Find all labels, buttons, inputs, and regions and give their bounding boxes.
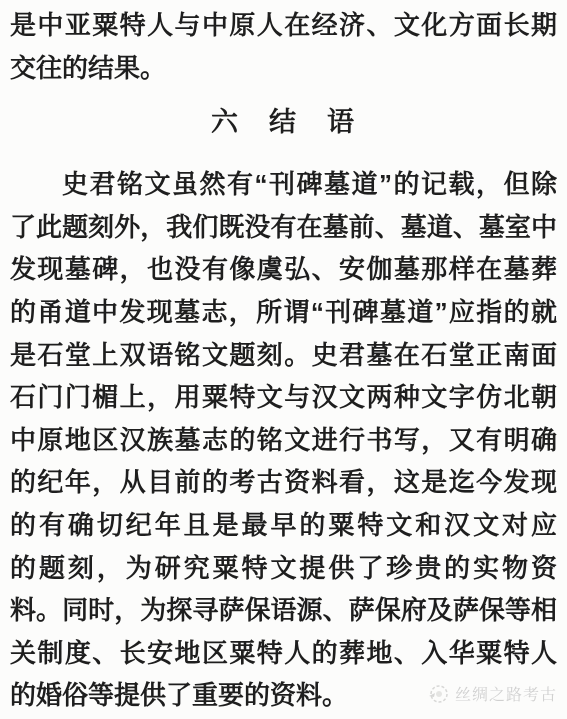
text-line: 的题刻，为研究粟特文提供了珍贵的实物资 xyxy=(10,547,557,590)
body-paragraph: 史君铭文虽然有“刊碑墓道”的记载，但除了此题刻外，我们既没有在墓前、墓道、墓室中… xyxy=(10,163,557,717)
text-line: 的甬道中发现墓志，所谓“刊碑墓道”应指的就 xyxy=(10,291,557,334)
section-heading: 六 结 语 xyxy=(10,101,557,144)
watermark-logo-icon xyxy=(427,683,449,705)
text-line: 是中亚粟特人与中原人在经济、文化方面长期 xyxy=(10,4,557,47)
text-line: 是石堂上双语铭文题刻。史君墓在石堂正南面 xyxy=(10,334,557,377)
intro-paragraph: 是中亚粟特人与中原人在经济、文化方面长期交往的结果。 xyxy=(10,4,557,89)
text-line: 石门门楣上，用粟特文与汉文两种文字仿北朝 xyxy=(10,376,557,419)
text-line: 史君铭文虽然有“刊碑墓道”的记载，但除 xyxy=(10,163,557,206)
text-line: 的有确切纪年且是最早的粟特文和汉文对应 xyxy=(10,504,557,547)
watermark-text: 丝绸之路考古 xyxy=(455,682,557,705)
text-line: 中原地区汉族墓志的铭文进行书写，又有明确 xyxy=(10,419,557,462)
text-line: 的纪年，从目前的考古资料看，这是迄今发现 xyxy=(10,461,557,504)
watermark: 丝绸之路考古 xyxy=(427,682,557,705)
text-line: 关制度、长安地区粟特人的葬地、入华粟特人 xyxy=(10,632,557,675)
text-line: 发现墓碑，也没有像虞弘、安伽墓那样在墓葬 xyxy=(10,248,557,291)
text-line: 料。同时，为探寻萨保语源、萨保府及萨保等相 xyxy=(10,589,557,632)
text-line: 了此题刻外，我们既没有在墓前、墓道、墓室中 xyxy=(10,206,557,249)
text-line: 交往的结果。 xyxy=(10,47,557,90)
article-page: 是中亚粟特人与中原人在经济、文化方面长期交往的结果。 六 结 语 史君铭文虽然有… xyxy=(0,0,567,719)
